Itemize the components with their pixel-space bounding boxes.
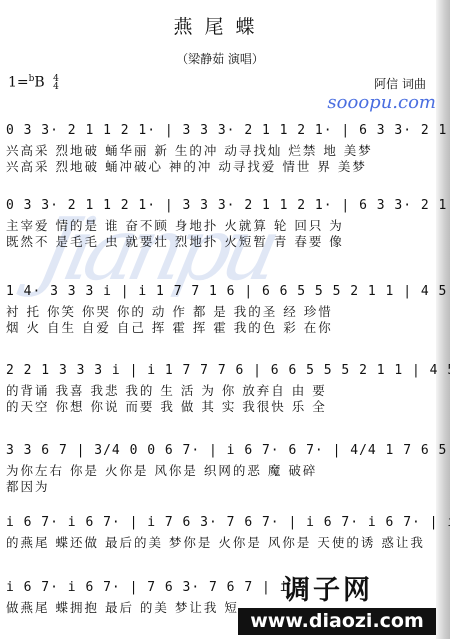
score-line-6: i 6 7· i 6 7· | i 7 6 3· 7 6 7· | i 6 7·… [6, 515, 426, 551]
key-signature: 1=bB 4 4 [8, 74, 59, 91]
lyrics-verse-1: 主宰爱 情的是 谁 奋不顾 身地扑 火就算 轮 回只 为 [6, 218, 426, 234]
notes: i 6 7· i 6 7· | i 7 6 3· 7 6 7· | i 6 7·… [6, 515, 426, 535]
key-note: B [34, 75, 44, 91]
lyrics-verse-1: 的背诵 我喜 我悲 我的 生 活 为 你 放弃自 由 要 [6, 383, 426, 399]
singer-credit: （梁静茹 演唱） [0, 50, 440, 67]
time-bottom: 4 [53, 82, 59, 92]
scan-edge-shadow [436, 0, 450, 639]
score-line-1: 0 3 3· 2 1 1 2 1· | 3 3 3· 2 1 1 2 1· | … [6, 123, 426, 175]
site-watermark: sooopu.com [327, 92, 436, 113]
notes: 0 3 3· 2 1 1 2 1· | 3 3 3· 2 1 1 2 1· | … [6, 198, 426, 218]
score-line-5: 3 3 6 7 | 3/4 0 0 6 7· | i 6 7· 6 7· | 4… [6, 443, 426, 495]
lyrics-verse-1: 衬 托 你笑 你哭 你的 动 作 都 是 我的圣 经 珍惜 [6, 304, 426, 320]
lyrics-verse-2: 既然不 是毛毛 虫 就要壮 烈地扑 火短暂 青 春要 像 [6, 234, 426, 250]
notes: 2 2 1 3 3 3 i | i 1 7 7 7 6 | 6 6 5 5 5 … [6, 363, 426, 383]
lyrics-verse-2: 兴高采 烈地破 蛹冲破心 神的冲 动寻找爱 情世 界 美梦 [6, 159, 426, 175]
score-line-4: 2 2 1 3 3 3 i | i 1 7 7 7 6 | 6 6 5 5 5 … [6, 363, 426, 415]
composer-credit: 阿信 词曲 [374, 75, 426, 92]
time-signature: 4 4 [53, 75, 59, 91]
score-line-3: 1 4· 3 3 3 i | i 1 7 7 1 6 | 6 6 5 5 5 2… [6, 284, 426, 336]
notes: 0 3 3· 2 1 1 2 1· | 3 3 3· 2 1 1 2 1· | … [6, 123, 426, 143]
lyrics-verse-1: 为你左右 你是 火你是 风你是 织网的恶 魔 破碎 [6, 463, 426, 479]
lyrics-verse-1: 的燕尾 蝶还做 最后的美 梦你是 火你是 风你是 天使的诱 惑让我 [6, 535, 426, 551]
lyrics-verse-2: 烟 火 自生 自爱 自己 挥 霍 挥 霍 我的色 彩 在你 [6, 320, 426, 336]
lyrics-verse-2: 的天空 你想 你说 而要 我 做 其 实 我很快 乐 全 [6, 399, 426, 415]
lyrics-verse-2: 都因为 [6, 479, 426, 495]
song-title: 燕尾蝶 [0, 12, 440, 39]
notes: 1 4· 3 3 3 i | i 1 7 7 1 6 | 6 6 5 5 5 2… [6, 284, 426, 304]
lyrics-verse-1: 兴高采 烈地破 蛹华丽 新 生的冲 动寻找灿 烂禁 地 美梦 [6, 143, 426, 159]
key-prefix: 1= [8, 75, 29, 91]
score-line-2: 0 3 3· 2 1 1 2 1· | 3 3 3· 2 1 1 2 1· | … [6, 198, 426, 250]
brand-watermark: 调子网 [283, 568, 373, 607]
notes: 3 3 6 7 | 3/4 0 0 6 7· | i 6 7· 6 7· | 4… [6, 443, 426, 463]
url-watermark: www.diaozi.com [238, 608, 436, 635]
